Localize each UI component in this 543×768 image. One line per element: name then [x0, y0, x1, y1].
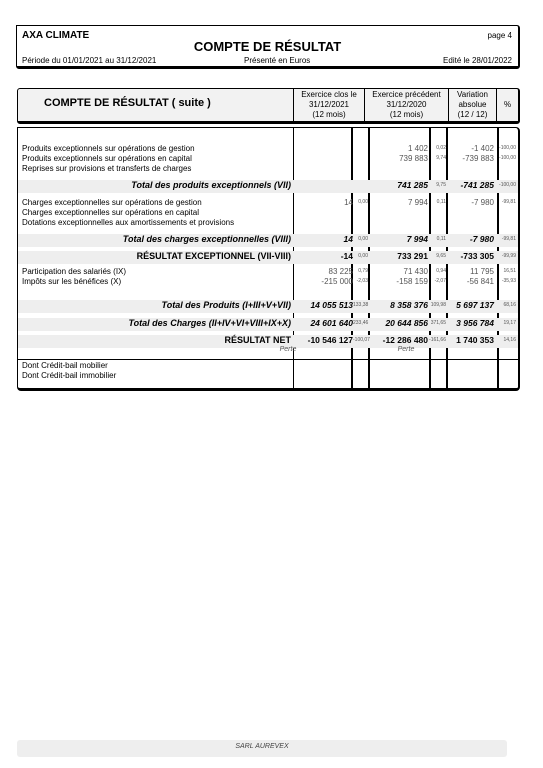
cell-varp: 14,16 — [496, 335, 516, 346]
report-header: AXA CLIMATE COMPTE DE RÉSULTAT page 4 Pé… — [16, 25, 520, 69]
row-label: Total des produits exceptionnels (VII) — [131, 180, 291, 191]
document-page: AXA CLIMATE COMPTE DE RÉSULTAT page 4 Pé… — [0, 0, 543, 768]
row-label: RÉSULTAT EXCEPTIONNEL (VII-VIII) — [137, 251, 291, 262]
col-variation-line2: absolue — [449, 100, 496, 110]
row-label: Total des Charges (II+IV+VI+VIII+IX+X) — [129, 318, 291, 329]
table-row: Total des Charges (II+IV+VI+VIII+IX+X)24… — [18, 318, 518, 331]
cell-var: 5 697 137 — [444, 300, 494, 311]
cell-var: 1 740 353 — [444, 335, 494, 346]
row-label: Total des charges exceptionnelles (VIII) — [123, 234, 291, 245]
cell-prev: 8 358 376 — [358, 300, 428, 311]
cell-prev: -12 286 480 — [358, 335, 428, 346]
cell-varp: -99,81 — [496, 234, 516, 245]
footer: SARL AUREVEX — [17, 740, 507, 757]
cell-cur: -14 — [293, 251, 353, 262]
table-row: RÉSULTAT EXCEPTIONNEL (VII-VIII)-140,007… — [18, 251, 518, 264]
cell-prev: 733 291 — [358, 251, 428, 262]
col-previous-line2: 31/12/2020 — [365, 100, 448, 110]
currency: Présenté en Euros — [244, 56, 310, 65]
loss-note: Perte — [258, 346, 318, 353]
report-title: COMPTE DE RÉSULTAT — [17, 39, 518, 54]
cell-prev: 741 285 — [358, 180, 428, 191]
cell-cur: -215 000 — [293, 276, 353, 287]
col-current-line3: (12 mois) — [294, 110, 364, 120]
cell-cur: 24 601 640 — [293, 318, 353, 329]
column-header: COMPTE DE RÉSULTAT ( suite ) Exercice cl… — [17, 88, 520, 124]
table-row: Total des charges exceptionnelles (VIII)… — [18, 234, 518, 247]
row-label: RÉSULTAT NET — [225, 335, 292, 346]
credit-bail-immobilier: Dont Crédit-bail immobilier — [22, 370, 116, 381]
period: Période du 01/01/2021 au 31/12/2021 — [22, 56, 156, 65]
col-variation-line3: (12 / 12) — [449, 110, 496, 120]
table-row: Total des produits exceptionnels (VII)74… — [18, 180, 518, 193]
cell-prev: -158 159 — [358, 276, 428, 287]
page-number: page 4 — [488, 31, 512, 40]
row-label: Dotations exceptionnelles aux amortissem… — [22, 217, 234, 228]
cell-var: -733 305 — [444, 251, 494, 262]
col-current-line1: Exercice clos le — [294, 90, 364, 100]
table-row: Reprises sur provisions et transferts de… — [18, 163, 518, 174]
col-current-line2: 31/12/2021 — [294, 100, 364, 110]
table-row: Impôts sur les bénéfices (X)-215 000-2,0… — [18, 276, 518, 287]
cell-varp: 68,16 — [496, 300, 516, 311]
loss-note: Perte — [376, 346, 436, 353]
cell-prev: 7 994 — [358, 234, 428, 245]
cell-prev: 20 644 856 — [358, 318, 428, 329]
cell-var: -741 285 — [444, 180, 494, 191]
cell-varp: -100,00 — [496, 180, 516, 191]
col-previous: Exercice précédent 31/12/2020 (12 mois) — [364, 89, 448, 121]
edit-date: Edité le 28/01/2022 — [443, 56, 512, 65]
cell-var: -56 841 — [444, 276, 494, 287]
row-label: Reprises sur provisions et transferts de… — [22, 163, 191, 174]
cell-cur: 14 — [293, 234, 353, 245]
cell-var: 3 956 784 — [444, 318, 494, 329]
col-percent: % — [496, 89, 518, 121]
row-label: Impôts sur les bénéfices (X) — [22, 276, 121, 287]
cell-varp: 19,17 — [496, 318, 516, 329]
table-row: Total des Produits (I+III+V+VII)14 055 5… — [18, 300, 518, 313]
col-variation-line1: Variation — [449, 90, 496, 100]
section-title: COMPTE DE RÉSULTAT ( suite ) — [44, 97, 211, 109]
cell-var: -7 980 — [444, 234, 494, 245]
table-row: Dotations exceptionnelles aux amortissem… — [18, 217, 518, 228]
cell-varp: -99,99 — [496, 251, 516, 262]
col-previous-line3: (12 mois) — [365, 110, 448, 120]
col-current: Exercice clos le 31/12/2021 (12 mois) — [293, 89, 364, 121]
col-previous-line1: Exercice précédent — [365, 90, 448, 100]
col-variation: Variation absolue (12 / 12) — [448, 89, 496, 121]
cell-varp: -35,93 — [496, 276, 516, 287]
row-label: Total des Produits (I+III+V+VII) — [162, 300, 291, 311]
cell-cur: 14 055 513 — [293, 300, 353, 311]
credit-bail-row: Dont Crédit-bail immobilier — [18, 370, 518, 381]
results-table: Dont Crédit-bail mobilier Dont Crédit-ba… — [17, 127, 520, 391]
cell-cur: -10 546 127 — [293, 335, 353, 346]
